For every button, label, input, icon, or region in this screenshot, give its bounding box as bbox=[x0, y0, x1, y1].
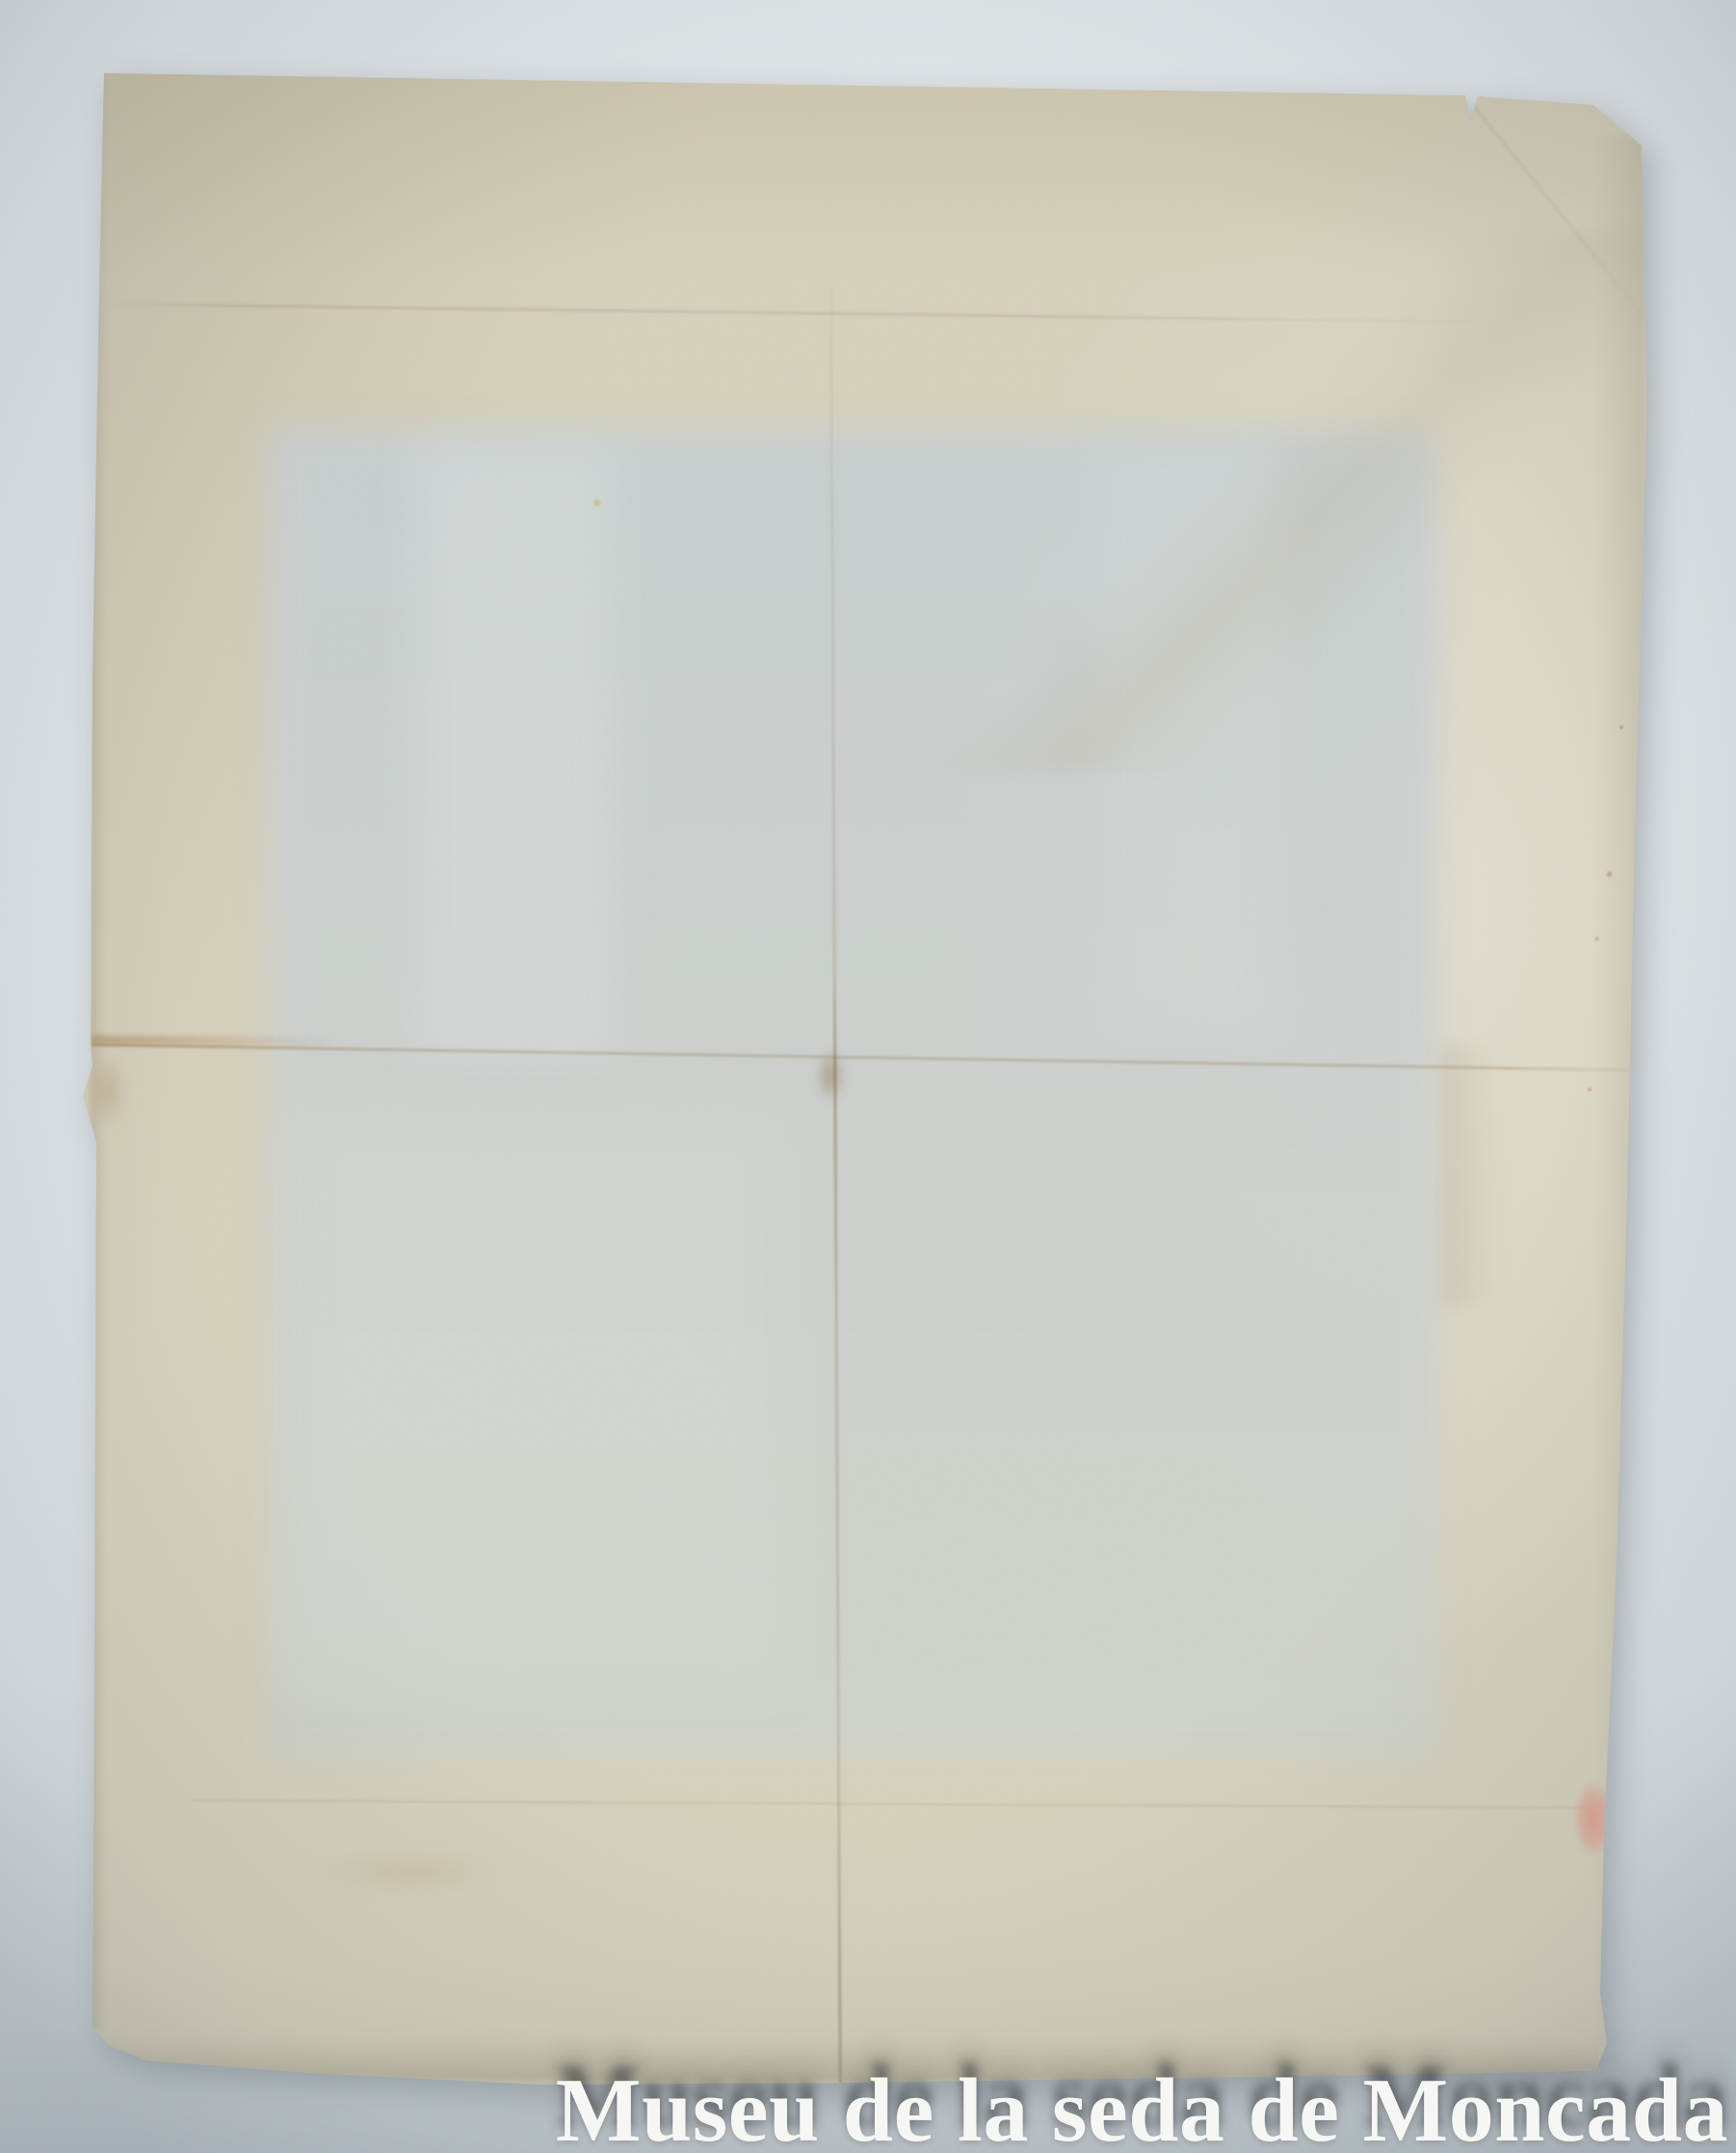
right-margin-streak bbox=[1441, 1045, 1501, 1305]
red-speck bbox=[1587, 1087, 1592, 1092]
paper-edge-shading-right bbox=[1594, 135, 1646, 2071]
paper-sheet-verso bbox=[0, 0, 1736, 2153]
faint-smudge-bottom bbox=[318, 1851, 501, 1892]
showthrough-light-band bbox=[289, 1108, 790, 1686]
brown-speck bbox=[1618, 724, 1624, 730]
fold-crease-lower-faint bbox=[193, 1799, 1599, 1809]
brown-stain-left-tear bbox=[92, 1052, 125, 1129]
showthrough-light-band bbox=[414, 443, 617, 1060]
pink-stain-right-edge bbox=[1574, 1782, 1613, 1855]
paper-edge-shading-left bbox=[91, 73, 106, 2029]
archival-photo: Museu de la seda de Moncada bbox=[0, 0, 1736, 2153]
yellow-speck bbox=[592, 498, 602, 508]
brown-stain-center-cross bbox=[814, 1048, 847, 1104]
watermark-text: Museu de la seda de Moncada bbox=[556, 2063, 1728, 2153]
paper-shadow-wrap bbox=[0, 0, 1736, 2153]
brown-speck bbox=[1593, 935, 1600, 942]
brown-speck bbox=[1605, 870, 1614, 879]
